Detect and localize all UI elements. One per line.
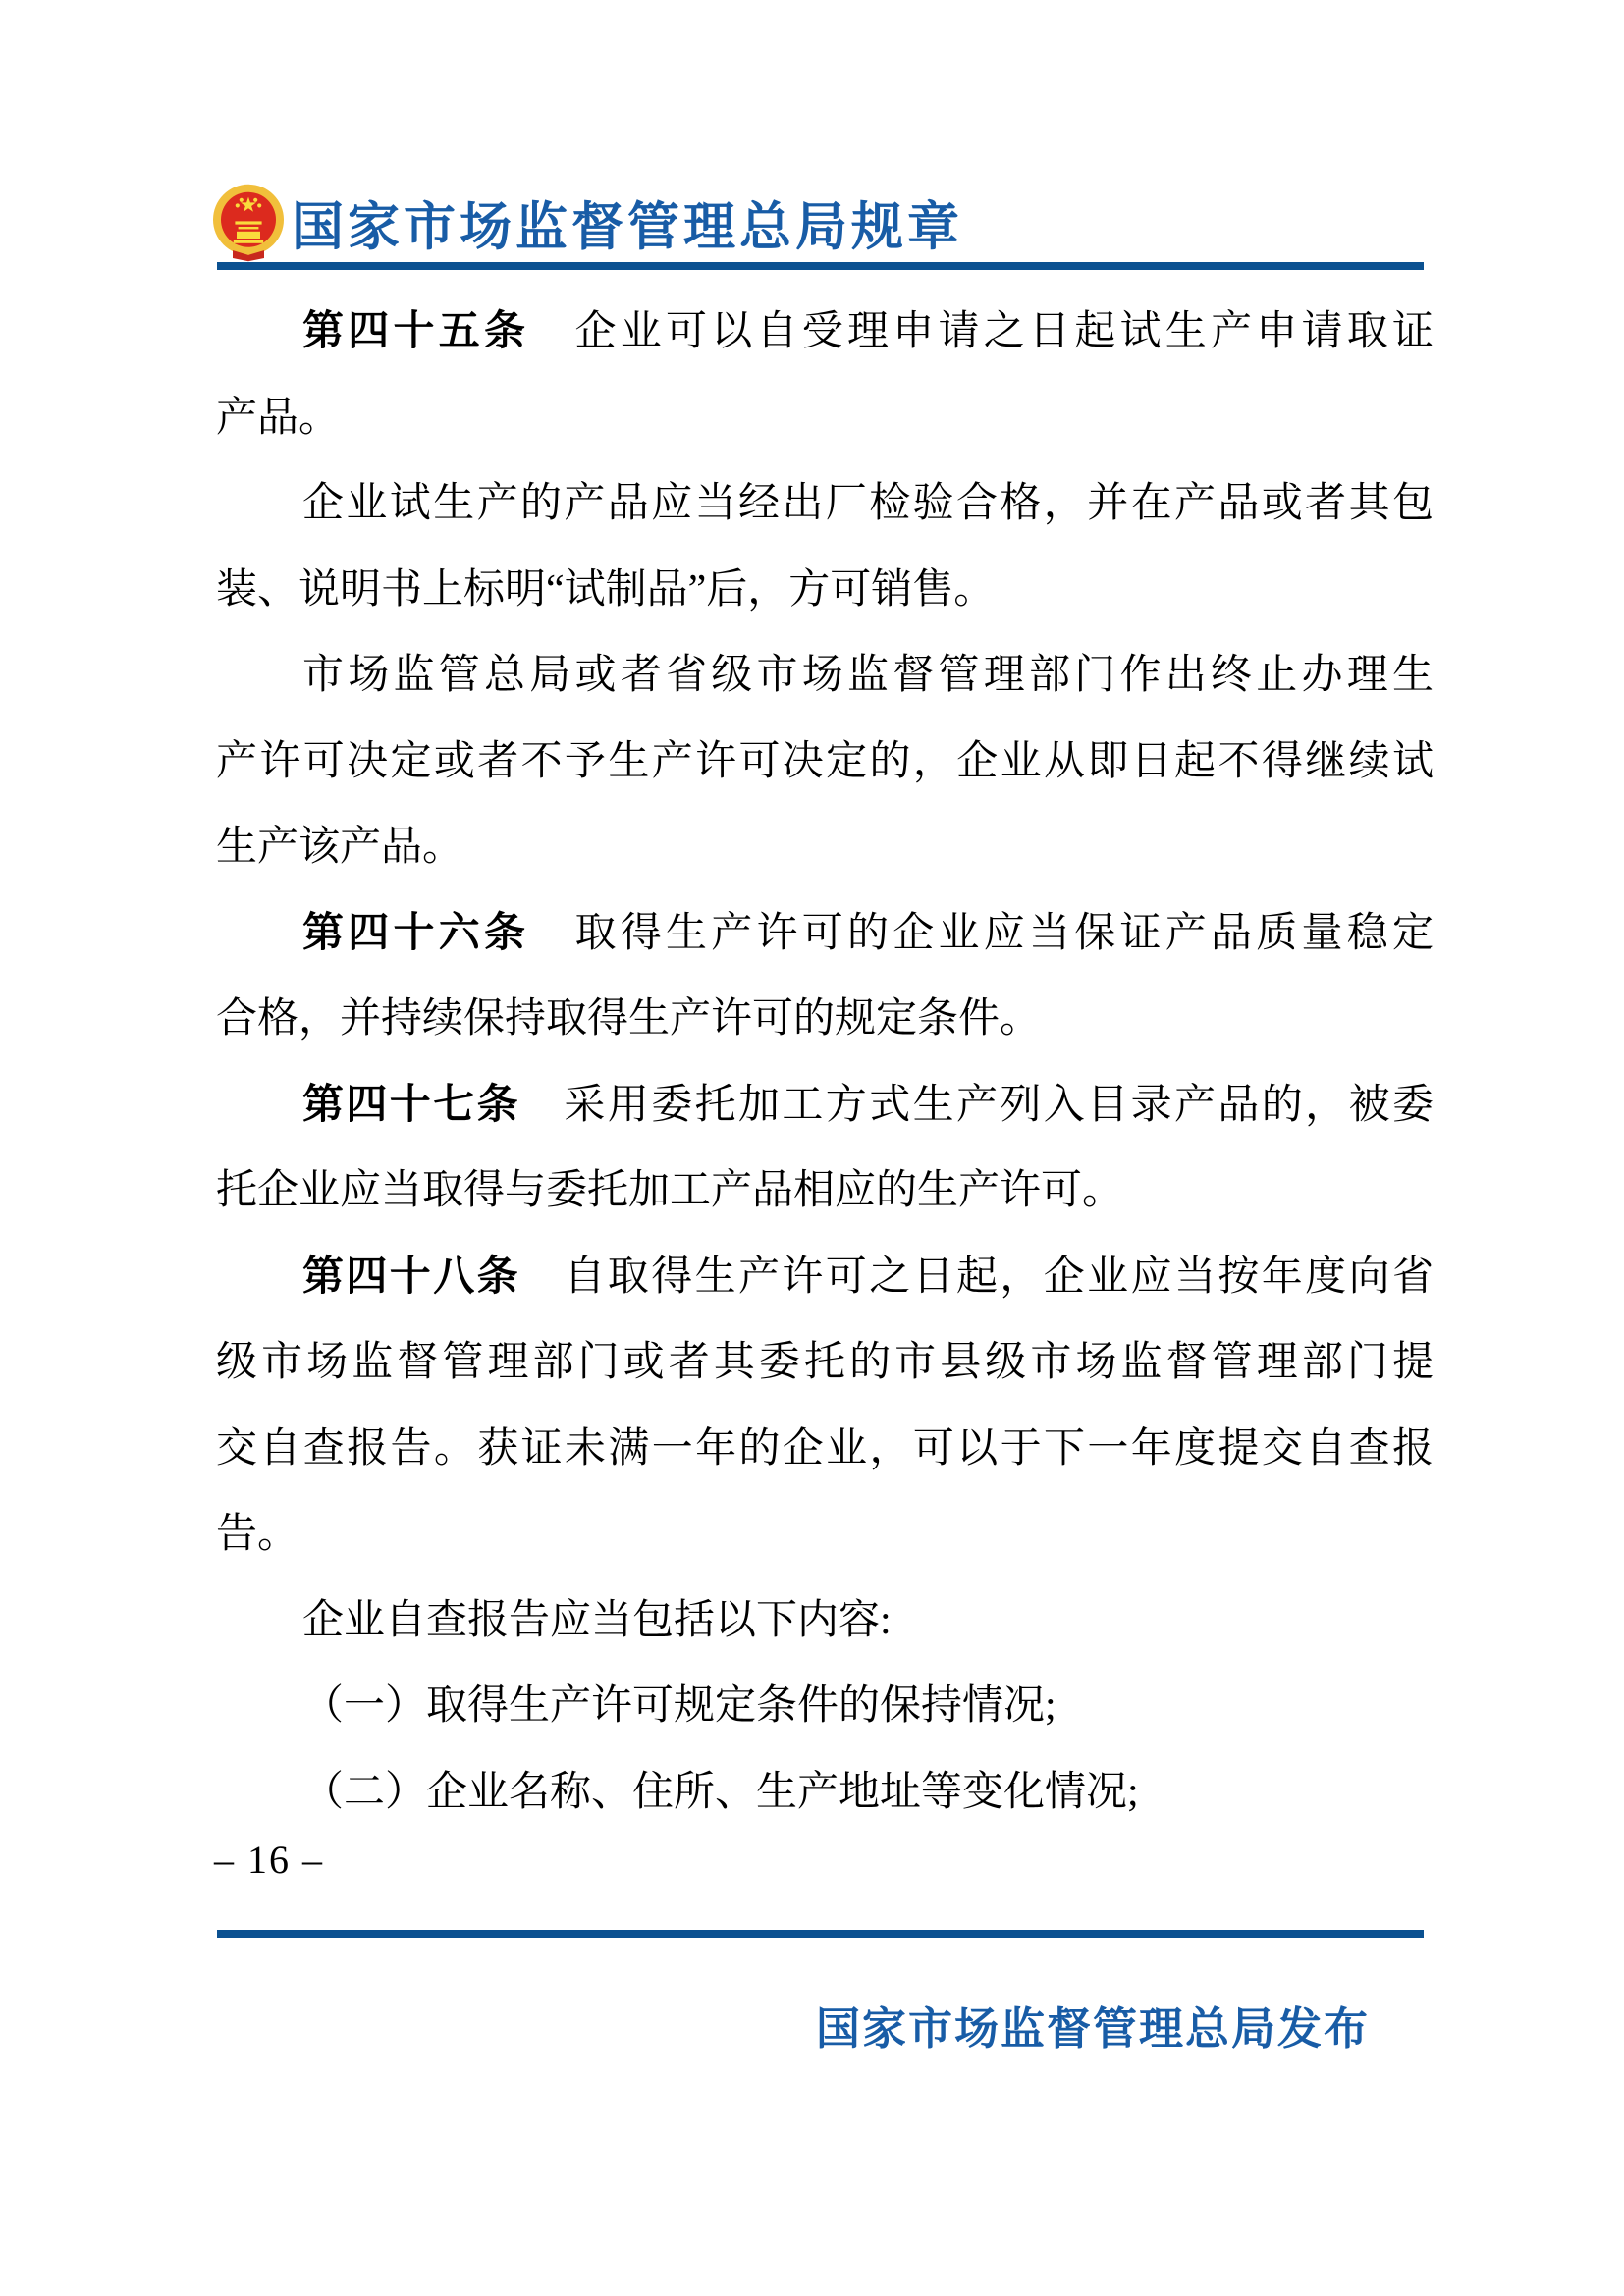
document-page: 国家市场监督管理总局规章 第四十五条 企业可以自受理申请之日起试生产申请取证产品… <box>0 0 1624 2296</box>
article-text: 企业自查报告应当包括以下内容: <box>302 1598 892 1643</box>
paragraph-line: 产品。 <box>216 376 1434 462</box>
article-text: 采用委托加工方式生产列入目录产品的，被委 <box>520 1083 1434 1128</box>
paragraph-line: 企业试生产的产品应当经出厂检验合格，并在产品或者其包 <box>216 461 1434 548</box>
header-divider <box>217 262 1424 270</box>
article-text: 企业可以自受理申请之日起试生产申请取证 <box>529 309 1434 354</box>
article-text: 告。 <box>216 1512 298 1557</box>
paragraph-line: 托企业应当取得与委托加工产品相应的生产许可。 <box>216 1148 1434 1235</box>
paragraph-line: 第四十五条 企业可以自受理申请之日起试生产申请取证 <box>216 290 1434 376</box>
paragraph-line: 告。 <box>216 1492 1434 1578</box>
paragraph-line: 生产该产品。 <box>216 805 1434 891</box>
article-text: 企业试生产的产品应当经出厂检验合格，并在产品或者其包 <box>302 481 1434 526</box>
article-text: 产许可决定或者不予生产许可决定的，企业从即日起不得继续试 <box>216 739 1434 784</box>
article-text: 生产该产品。 <box>216 825 463 870</box>
article-number: 第四十六条 <box>302 911 529 956</box>
article-number: 第四十七条 <box>302 1083 520 1128</box>
paragraph-line: 装、说明书上标明“试制品”后，方可销售。 <box>216 548 1434 634</box>
article-number: 第四十八条 <box>302 1255 520 1300</box>
paragraph-line: 合格，并持续保持取得生产许可的规定条件。 <box>216 977 1434 1063</box>
article-text: 自取得生产许可之日起，企业应当按年度向省 <box>520 1255 1434 1300</box>
article-text: 取得生产许可的企业应当保证产品质量稳定 <box>529 911 1434 956</box>
paragraph-line: 级市场监督管理部门或者其委托的市县级市场监督管理部门提 <box>216 1320 1434 1407</box>
page-header: 国家市场监督管理总局规章 <box>209 183 963 263</box>
article-text: 托企业应当取得与委托加工产品相应的生产许可。 <box>216 1168 1123 1213</box>
article-text: 市场监管总局或者省级市场监督管理部门作出终止办理生 <box>302 653 1434 698</box>
page-number: – 16 – <box>214 1837 324 1883</box>
document-body: 第四十五条 企业可以自受理申请之日起试生产申请取证产品。企业试生产的产品应当经出… <box>216 290 1434 1836</box>
china-national-emblem-icon <box>209 184 288 262</box>
article-text: 合格，并持续保持取得生产许可的规定条件。 <box>216 996 1041 1041</box>
page-title: 国家市场监督管理总局规章 <box>292 186 963 260</box>
footer-divider <box>217 1930 1424 1938</box>
article-text: 装、说明书上标明“试制品”后，方可销售。 <box>216 567 995 613</box>
article-text: （一）取得生产许可规定条件的保持情况; <box>302 1683 1056 1729</box>
paragraph-line: 第四十八条 自取得生产许可之日起，企业应当按年度向省 <box>216 1235 1434 1321</box>
paragraph-line: （二）企业名称、住所、生产地址等变化情况; <box>216 1750 1434 1837</box>
article-text: 产品。 <box>216 396 340 441</box>
article-number: 第四十五条 <box>302 309 529 354</box>
article-text: （二）企业名称、住所、生产地址等变化情况; <box>302 1770 1139 1815</box>
paragraph-line: 第四十六条 取得生产许可的企业应当保证产品质量稳定 <box>216 891 1434 978</box>
paragraph-line: 市场监管总局或者省级市场监督管理部门作出终止办理生 <box>216 633 1434 720</box>
paragraph-line: 第四十七条 采用委托加工方式生产列入目录产品的，被委 <box>216 1063 1434 1149</box>
paragraph-line: 交自查报告。获证未满一年的企业，可以于下一年度提交自查报 <box>216 1407 1434 1493</box>
publisher-line: 国家市场监督管理总局发布 <box>816 1993 1370 2056</box>
article-text: 交自查报告。获证未满一年的企业，可以于下一年度提交自查报 <box>216 1426 1434 1471</box>
article-text: 级市场监督管理部门或者其委托的市县级市场监督管理部门提 <box>216 1340 1434 1385</box>
paragraph-line: 企业自查报告应当包括以下内容: <box>216 1578 1434 1665</box>
paragraph-line: （一）取得生产许可规定条件的保持情况; <box>216 1664 1434 1750</box>
paragraph-line: 产许可决定或者不予生产许可决定的，企业从即日起不得继续试 <box>216 720 1434 806</box>
